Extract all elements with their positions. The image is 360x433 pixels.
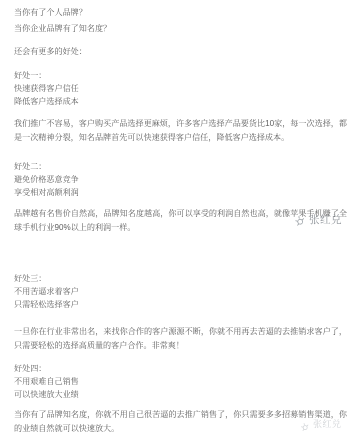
benefit-4-point-2: 可以快速放大业绩 <box>14 388 347 401</box>
benefit-2-point-2: 享受相对高额利润 <box>14 186 347 199</box>
paragraph-4: 当你有了品牌知名度，你就不用自己很苦逼的去推广销售了，你只需要多多招募销售渠道，… <box>14 408 347 433</box>
article-page: 当你有了个人品牌？ 当你企业品牌有了知名度？ 还会有更多的好处： 好处一： 快速… <box>0 0 360 433</box>
benefit-block-2: 好处二： 避免价格恶意竞争 享受相对高额利润 <box>14 160 347 199</box>
paragraph-3: 一旦你在行业非常出名，来找你合作的客户源源不断，你就不用再去苦逼的去推销求客户了… <box>14 325 347 353</box>
benefit-block-1: 好处一： 快速获得客户信任 降低客户选择成本 <box>14 69 347 108</box>
paragraph-2: 品牌越有名售价自然高，品牌知名度越高，你可以享受的利润自然也高，就像苹果手机赚了… <box>14 207 347 235</box>
benefit-3-point-1: 不用苦逼求着客户 <box>14 285 347 298</box>
benefit-1-heading: 好处一： <box>14 69 347 82</box>
paragraph-1: 我们推广不容易，客户购买产品选择更麻烦，许多客户选择产品要货比10家，每一次选择… <box>14 117 347 144</box>
benefit-4-point-1: 不用艰难自己销售 <box>14 375 347 388</box>
intro-line-2: 当你企业品牌有了知名度？ <box>14 21 347 37</box>
more-benefits-line: 还会有更多的好处： <box>14 45 347 58</box>
benefit-block-3: 好处三： 不用苦逼求着客户 只需轻松选择客户 <box>14 272 347 311</box>
benefit-block-4: 好处四： 不用艰难自己销售 可以快速放大业绩 <box>14 362 347 401</box>
article-content: 当你有了个人品牌？ 当你企业品牌有了知名度？ 还会有更多的好处： 好处一： 快速… <box>0 0 360 433</box>
benefit-2-heading: 好处二： <box>14 160 347 173</box>
benefit-3-point-2: 只需轻松选择客户 <box>14 298 347 311</box>
benefit-1-point-1: 快速获得客户信任 <box>14 82 347 95</box>
benefit-3-heading: 好处三： <box>14 272 347 285</box>
benefit-2-point-1: 避免价格恶意竞争 <box>14 173 347 186</box>
benefit-4-heading: 好处四： <box>14 362 347 375</box>
benefit-1-point-2: 降低客户选择成本 <box>14 95 347 108</box>
intro-line-1: 当你有了个人品牌？ <box>14 5 347 21</box>
